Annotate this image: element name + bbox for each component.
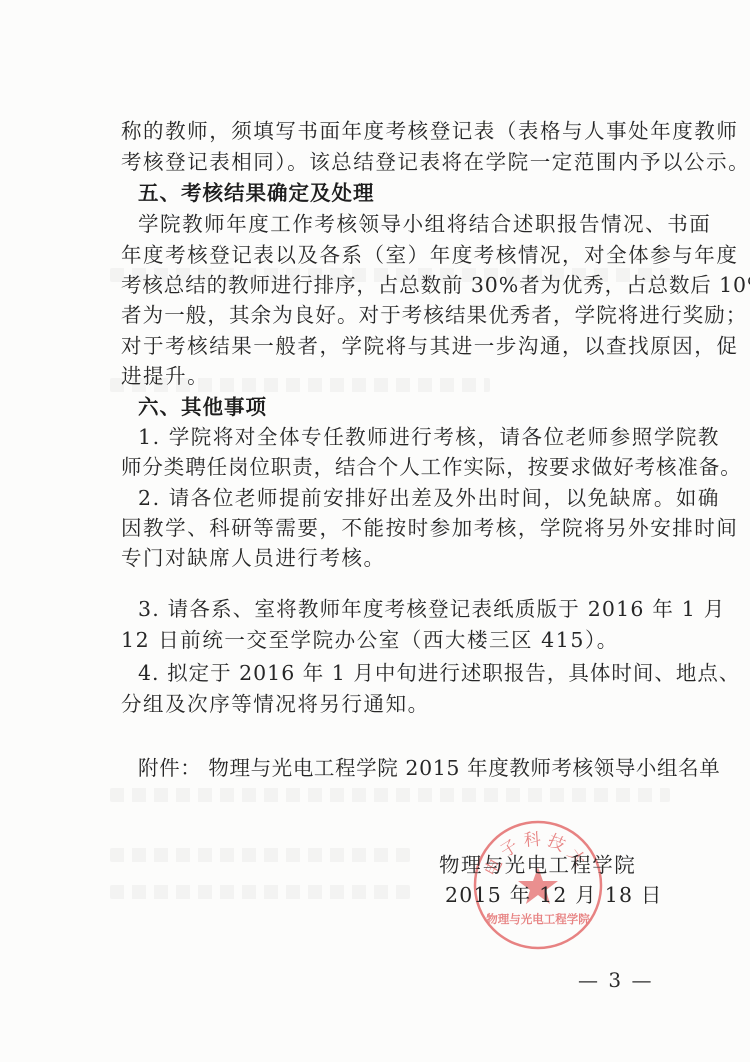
bleed-through-texture — [110, 788, 670, 802]
body-text-line: 称的教师，须填写书面年度考核登记表（表格与人事处年度教师 — [121, 116, 657, 146]
attachment-note: 附件： 物理与光电工程学院 2015 年度教师考核领导小组名单 — [138, 753, 720, 783]
section-heading-5: 五、考核结果确定及处理 — [138, 178, 657, 208]
body-text-line: 考核总结的教师进行排序，占总数前 30%者为优秀，占总数后 10% — [121, 270, 657, 300]
body-text-line: 考核登记表相同）。该总结登记表将在学院一定范围内予以公示。 — [121, 147, 657, 177]
document-page: 称的教师，须填写书面年度考核登记表（表格与人事处年度教师 考核登记表相同）。该总… — [0, 0, 750, 1062]
list-item-3-line: 12 日前统一交至学院办公室（西大楼三区 415）。 — [121, 625, 657, 655]
stamp-bottom-text: 物理与光电工程学院 — [486, 912, 590, 926]
list-item-2-line: 因教学、科研等需要，不能按时参加考核，学院将另外安排时间 — [121, 513, 657, 543]
body-text-line: 年度考核登记表以及各系（室）年度考核情况，对全体参与年度 — [121, 240, 657, 270]
list-item-2-line: 专门对缺席人员进行考核。 — [121, 543, 657, 573]
body-text-line: 者为一般，其余为良好。对于考核结果优秀者，学院将进行奖励； — [121, 300, 657, 330]
bleed-through-texture — [110, 885, 410, 899]
list-item-3-line: 3. 请各系、室将教师年度考核登记表纸质版于 2016 年 1 月 — [138, 594, 657, 624]
body-text-line: 对于考核结果一般者，学院将与其进一步沟通，以查找原因，促 — [121, 331, 657, 361]
list-item-4-line: 4. 拟定于 2016 年 1 月中旬进行述职报告，具体时间、地点、 — [138, 658, 657, 688]
bleed-through-texture — [110, 848, 410, 862]
body-text-line: 学院教师年度工作考核领导小组将结合述职报告情况、书面 — [138, 209, 657, 239]
signature-date: 2015 年 12 月 18 日 — [445, 880, 663, 910]
body-text-line: 进提升。 — [121, 361, 657, 391]
list-item-2-line: 2. 请各位老师提前安排好出差及外出时间，以免缺席。如确 — [138, 483, 657, 513]
signature-organization: 物理与光电工程学院 — [439, 850, 636, 880]
list-item-1-line: 1. 学院将对全体专任教师进行考核，请各位老师参照学院教 — [138, 422, 657, 452]
page-number: — 3 — — [578, 965, 653, 995]
list-item-1-line: 师分类聘任岗位职责，结合个人工作实际，按要求做好考核准备。 — [121, 452, 657, 482]
section-heading-6: 六、其他事项 — [138, 392, 657, 422]
list-item-4-line: 分组及次序等情况将另行通知。 — [121, 689, 657, 719]
